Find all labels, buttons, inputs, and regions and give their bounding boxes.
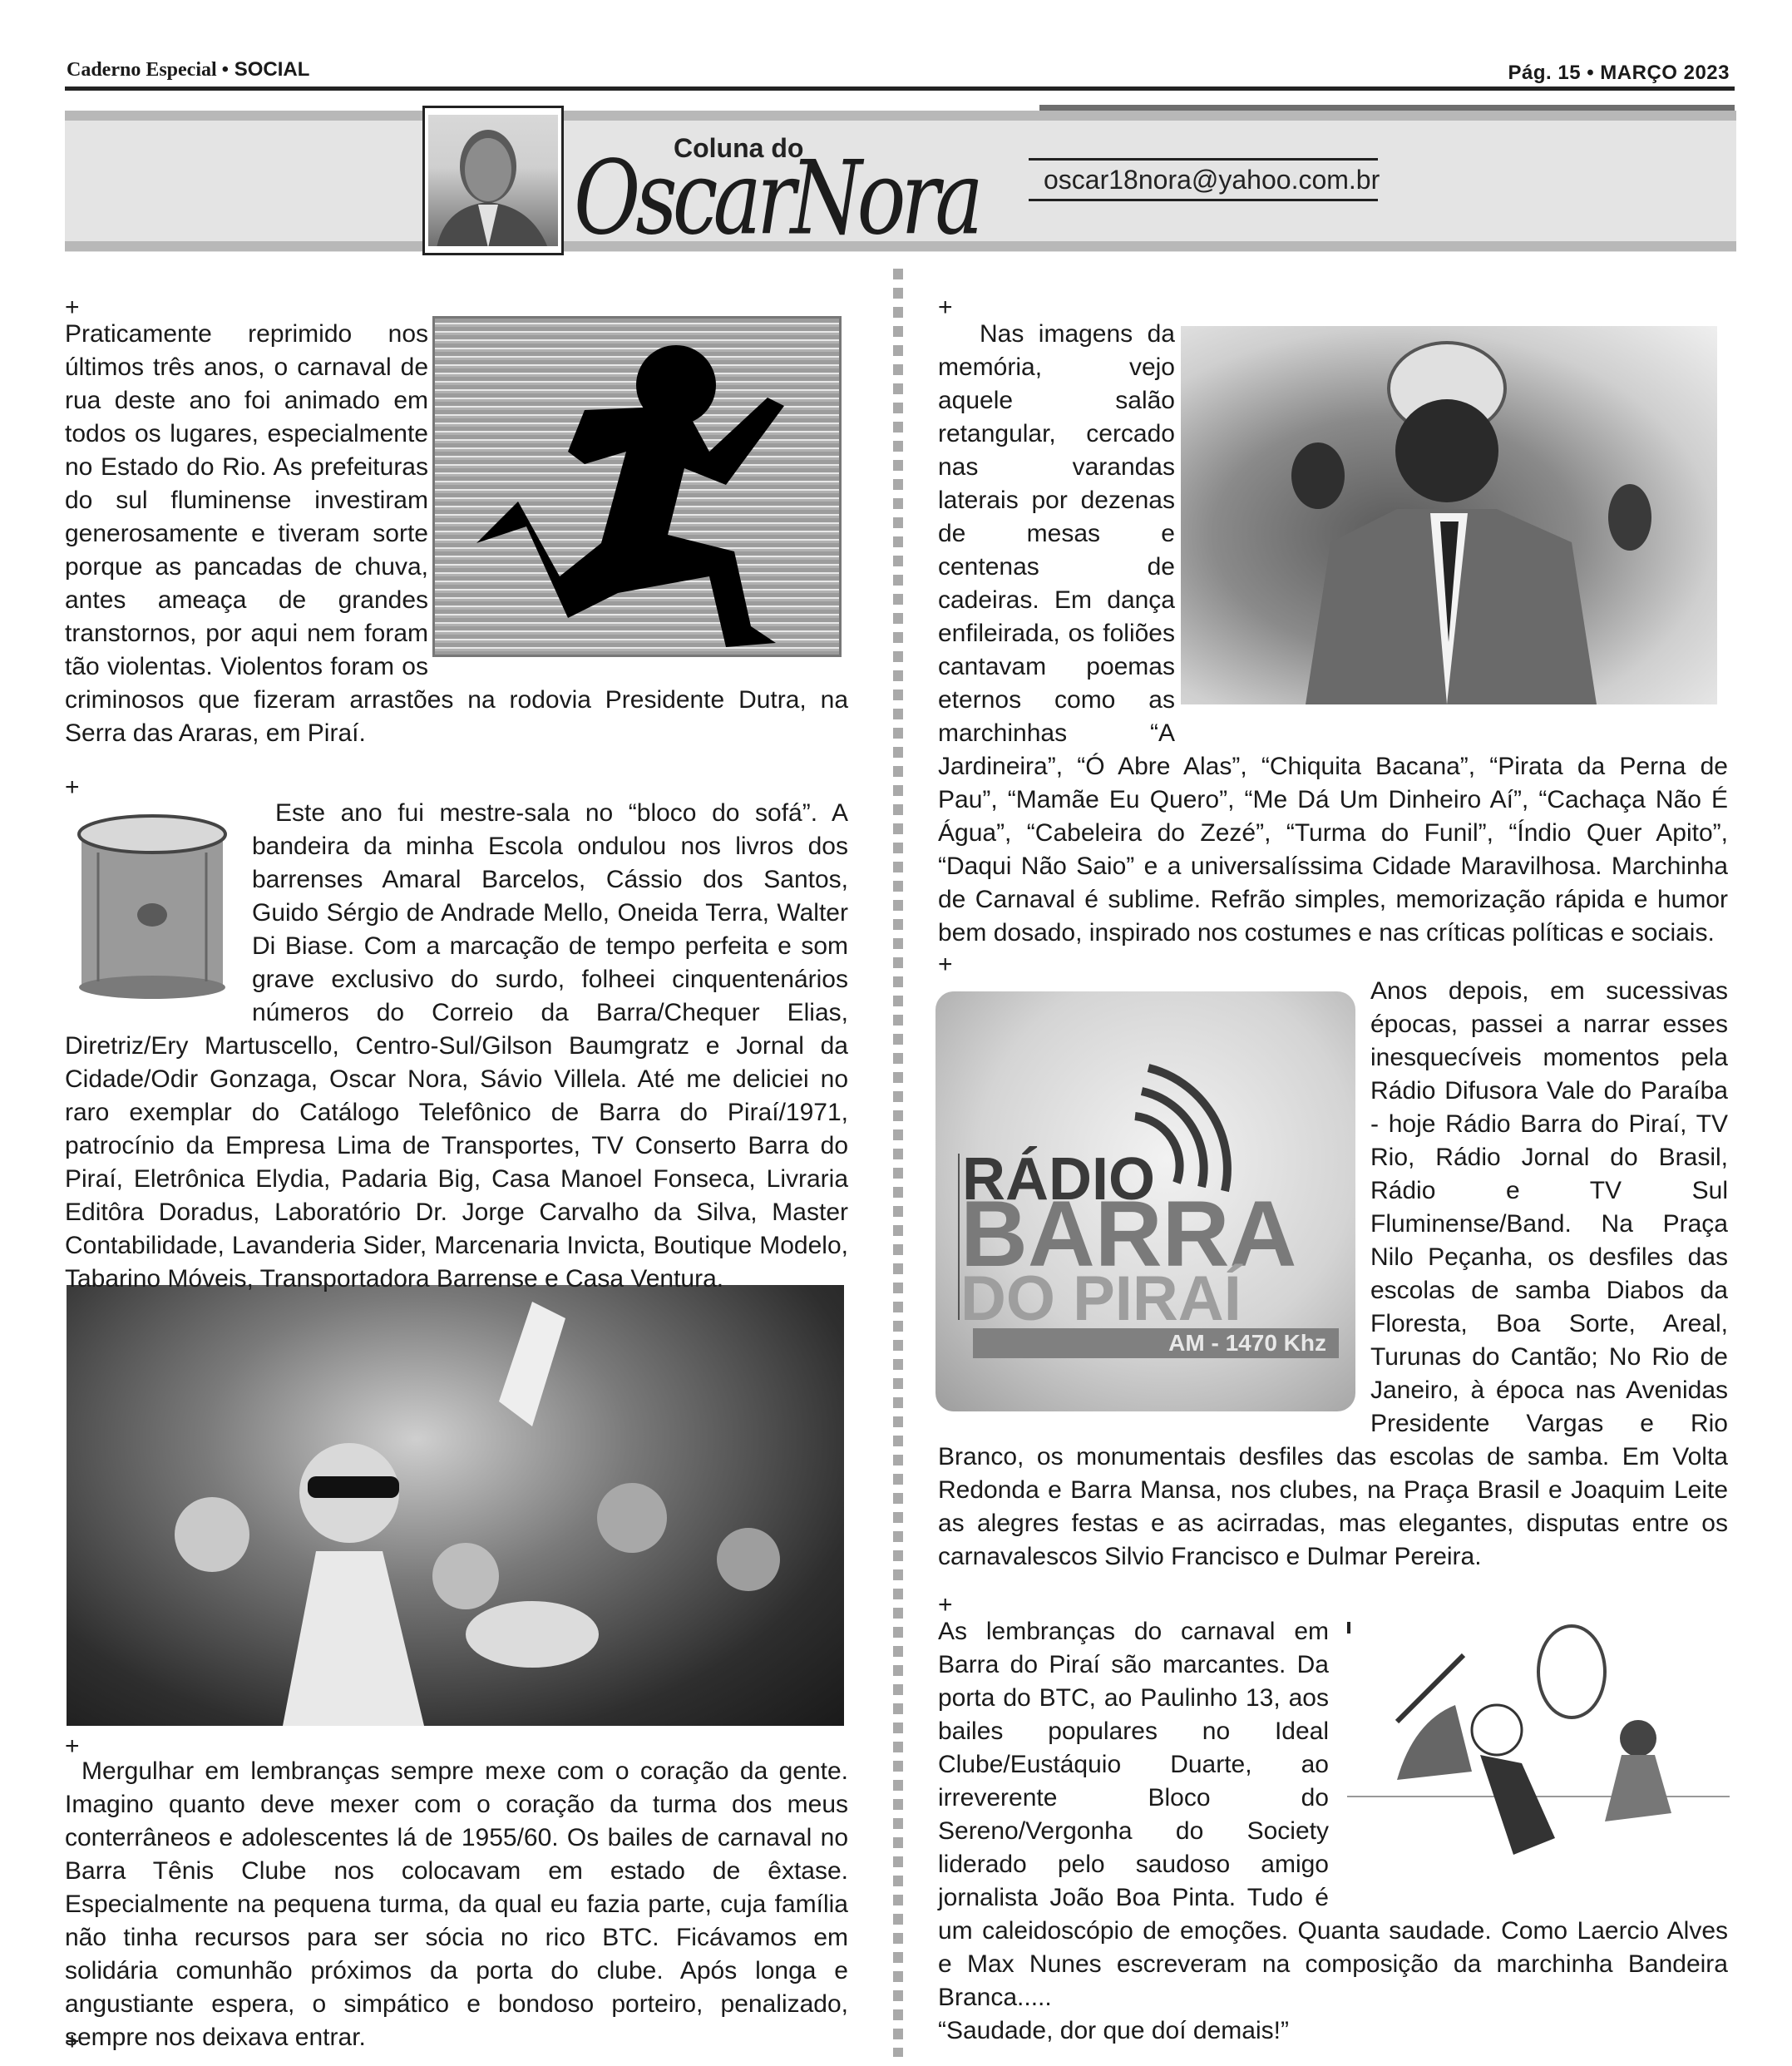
article-6-image-space [1329, 1615, 1728, 1898]
article-1: Praticamente reprimido nos últimos três … [65, 318, 848, 750]
article-4: Nas imagens da memória, vejo aquele salã… [938, 318, 1728, 917]
article-marker: + [65, 295, 80, 320]
column-logo: OscarNora Coluna do [574, 116, 1006, 266]
section-name: SOCIAL [234, 58, 310, 81]
article-marker: + [938, 295, 953, 320]
email-rule-top [1029, 158, 1378, 161]
section-prefix: Caderno Especial • [67, 59, 229, 81]
article-3-body: Mergulhar em lembranças sempre mexe com … [65, 1755, 848, 2054]
article-2: Este ano fui mestre-sala no “bloco do so… [65, 797, 848, 1246]
carnival-ball-crowd-photo [67, 1285, 844, 1726]
article-3: Mergulhar em lembranças sempre mexe com … [65, 1755, 848, 2029]
crowd-photo-icon [67, 1285, 844, 1726]
person-silhouette-icon [428, 115, 556, 246]
section-header: Caderno Especial • SOCIAL [67, 58, 309, 82]
article-end-marker: + [65, 2029, 80, 2054]
article-1-image-space [428, 318, 848, 675]
article-marker: + [938, 1593, 953, 1618]
article-4-image-space [1175, 318, 1728, 734]
portrait-photo [428, 115, 558, 246]
article-5: Anos depois, em sucessivas épocas, passe… [938, 975, 1728, 1540]
page-info: Pág. 15 • MARÇO 2023 [1508, 62, 1730, 85]
article-6-quote: “Saudade, dor que doí demais!” [938, 2014, 1728, 2048]
author-portrait [422, 106, 564, 255]
article-marker: + [938, 952, 953, 977]
article-6: As lembranças do carnaval em Barra do Pi… [938, 1615, 1728, 2048]
author-email[interactable]: oscar18nora@yahoo.com.br [1044, 165, 1380, 195]
logo-column-label: Coluna do [674, 133, 803, 164]
article-5-image-space [938, 975, 1370, 1441]
article-2-image-space [65, 797, 252, 1030]
email-rule-bottom [1029, 199, 1378, 201]
header-rule [65, 86, 1735, 91]
column-separator [893, 269, 903, 2057]
